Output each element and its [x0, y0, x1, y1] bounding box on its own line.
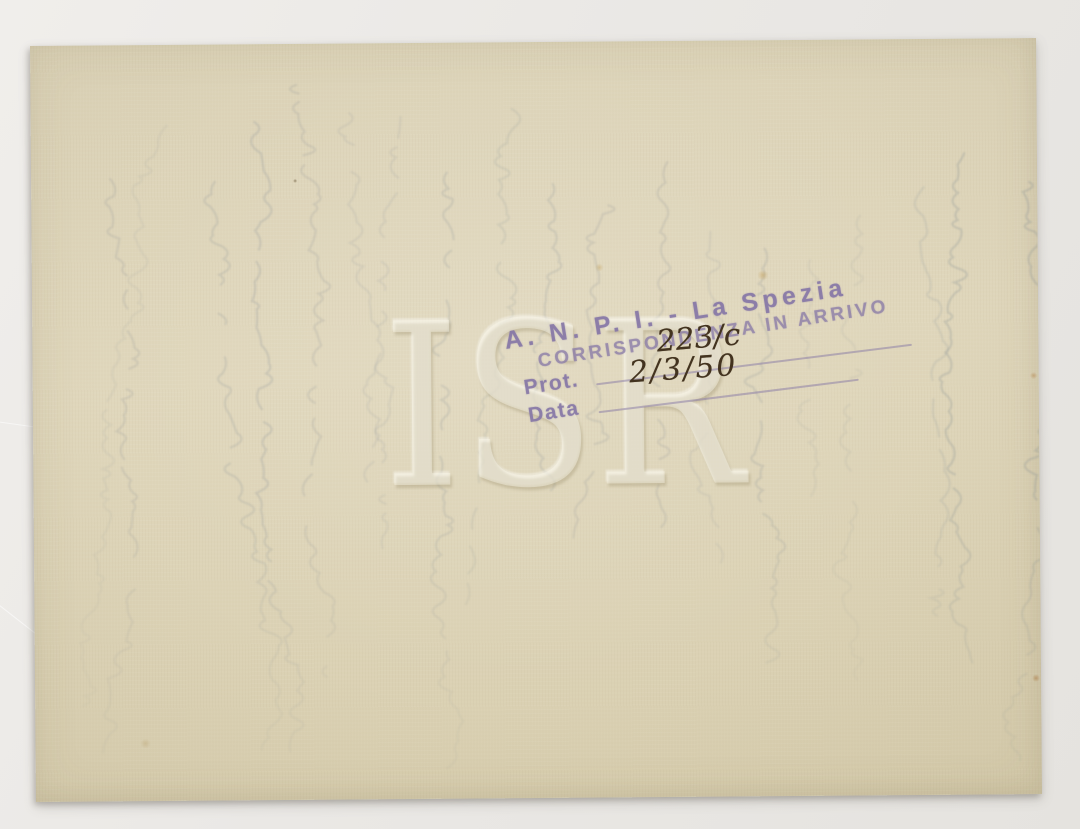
scan-background: ISR A. N. P. I. - La Spezia CORRISPONDEN… [0, 0, 1080, 829]
stamp-data-label: Data [527, 396, 582, 428]
handwritten-date: 2/3/50 [628, 348, 739, 390]
stamp-prot-label: Prot. [522, 368, 580, 400]
document-paper: ISR A. N. P. I. - La Spezia CORRISPONDEN… [30, 38, 1042, 802]
